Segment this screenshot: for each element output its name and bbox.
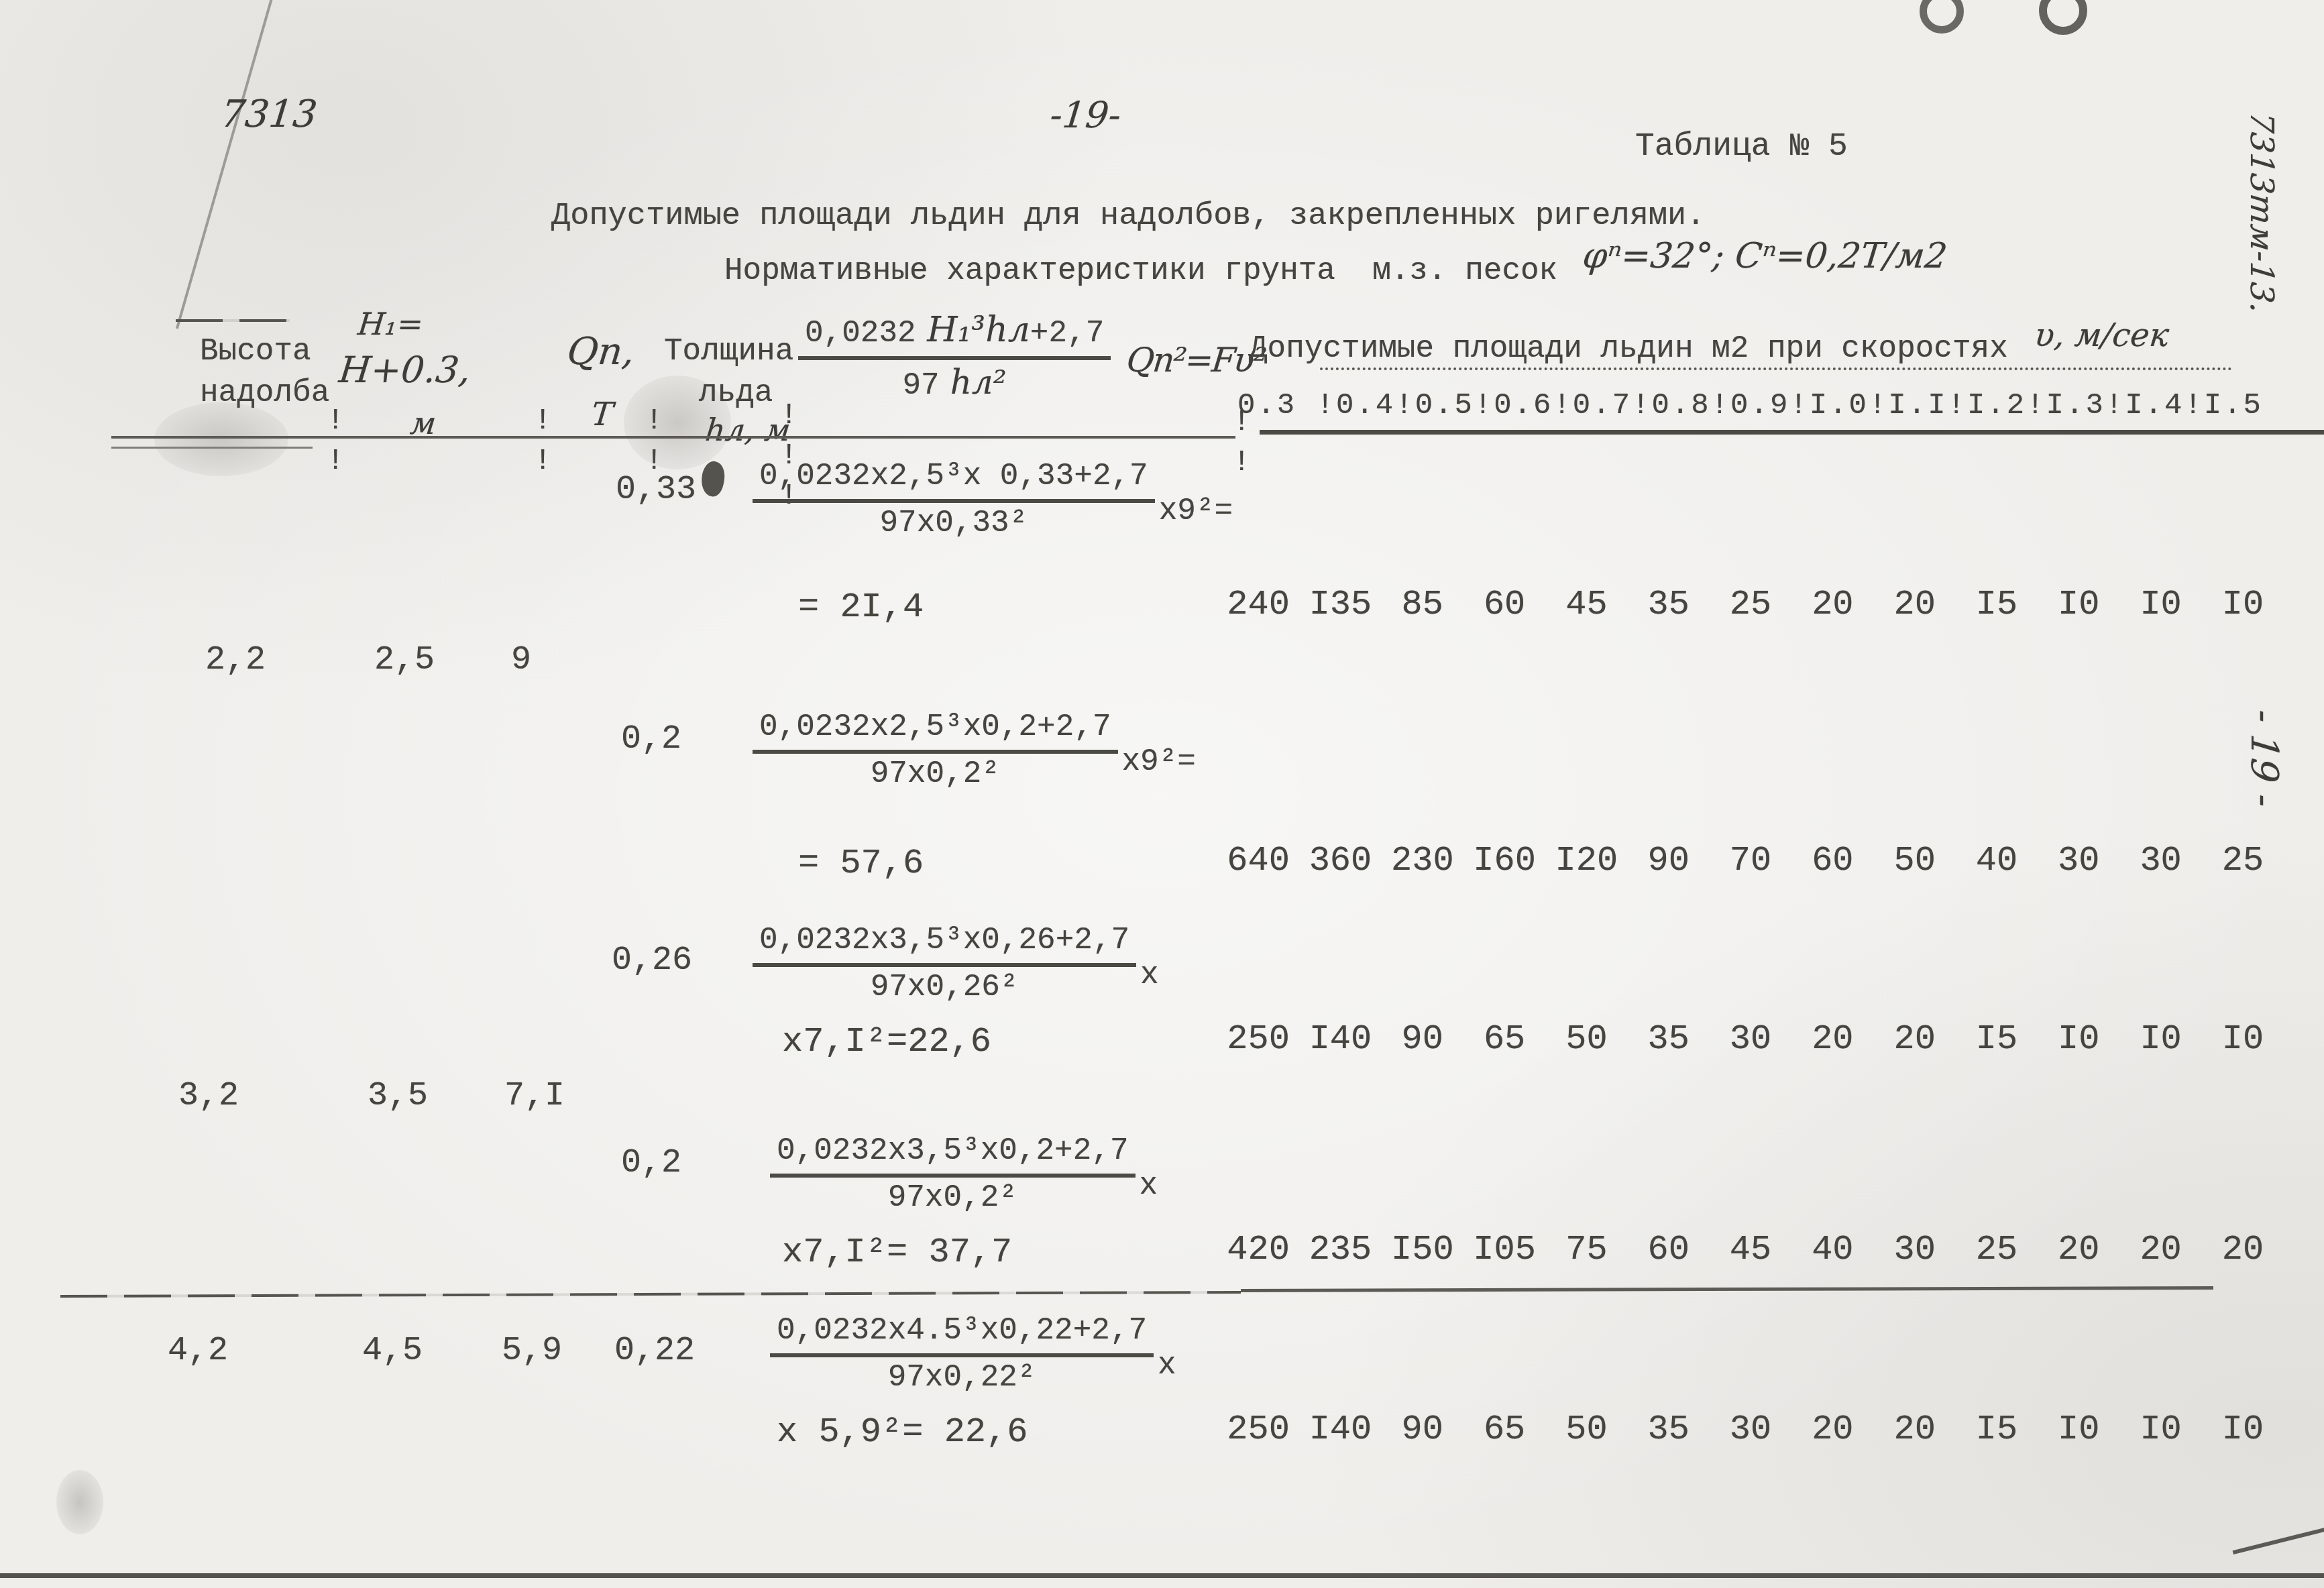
area-value: 60 — [1628, 1230, 1710, 1269]
area-value: 20 — [1791, 585, 1873, 624]
col-header-h1: H₁= — [356, 306, 425, 342]
col-header-areas: Допустимые площади льдин м2 при скоростя… — [1249, 331, 2008, 366]
area-value: 20 — [2038, 1230, 2119, 1269]
area-value: 20 — [2119, 1230, 2201, 1269]
area-value: I20 — [1545, 841, 1627, 881]
formula-denominator: 97 hл² — [798, 360, 1111, 403]
area-value: 20 — [1791, 1410, 1873, 1449]
q-value: 9 — [511, 641, 531, 679]
area-value: I05 — [1463, 1230, 1545, 1269]
header-formula-fraction: 0,0232 H₁³hл+2,7 97 hл² — [798, 310, 1111, 403]
calc-denominator: 97x0,26² — [753, 967, 1136, 1005]
area-value: I35 — [1299, 585, 1381, 624]
header-rule-left — [111, 436, 1235, 439]
col-header-areas-speed-symbol: υ, м/сек — [2033, 317, 2171, 354]
area-value: I40 — [1299, 1019, 1381, 1059]
document-subtitle: Нормативные характеристики грунта м.з. п… — [724, 253, 1557, 288]
area-value: 360 — [1299, 841, 1381, 881]
area-value: 235 — [1299, 1230, 1381, 1269]
margin-page-vertical: - 19 - — [2242, 707, 2286, 809]
areas-underline — [1320, 367, 2232, 370]
area-value: 90 — [1382, 1410, 1463, 1449]
area-value: 50 — [1545, 1019, 1627, 1059]
area-value: 90 — [1382, 1019, 1463, 1059]
header-rule-right — [1260, 430, 2324, 435]
ice-thickness-value: 0,2 — [621, 720, 681, 758]
col-header-q: Qп, — [565, 330, 637, 374]
document-title: Допустимые площади льдин для надолбов, з… — [551, 198, 1705, 234]
area-value: 250 — [1217, 1410, 1299, 1449]
area-value: 640 — [1217, 841, 1299, 881]
page-number: -19- — [1048, 94, 1123, 136]
area-value: 30 — [1874, 1230, 1956, 1269]
calc-fraction: 0,0232x4.5³x0,22+2,7 97x0,22² x — [770, 1313, 1176, 1395]
height-value: 2,2 — [205, 641, 266, 679]
area-value: 35 — [1628, 1410, 1710, 1449]
doc-number-note: 7313 — [219, 93, 319, 136]
area-value: 90 — [1628, 841, 1710, 881]
area-value: 20 — [1874, 585, 1956, 624]
area-value: 40 — [1956, 841, 2038, 881]
table-label: Таблица № 5 — [1635, 129, 1848, 165]
area-values-row: 250I4090655035302020I5I0I0I0 — [1217, 1410, 2284, 1449]
calc-suffix: x — [1140, 958, 1159, 992]
area-value: I5 — [1956, 1410, 2038, 1449]
area-value: 25 — [1956, 1230, 2038, 1269]
ink-mark — [1920, 0, 1964, 34]
area-value: 75 — [1545, 1230, 1627, 1269]
area-value: 60 — [1791, 841, 1873, 881]
col-header-thickness: льда — [699, 376, 773, 410]
scanned-document-page: 7313 -19- Таблица № 5 7313тм-13. - 19 - … — [0, 0, 2324, 1588]
col-header-height: надолба — [200, 376, 329, 410]
area-value: I0 — [2202, 1410, 2284, 1449]
area-value: 20 — [1874, 1410, 1956, 1449]
area-value: 70 — [1710, 841, 1791, 881]
calc-suffix: x — [1140, 1168, 1158, 1203]
col-header-thickness: Толщина — [664, 334, 793, 369]
calc-result: = 2I,4 — [798, 587, 924, 627]
area-value: I0 — [2038, 1410, 2119, 1449]
row-divider-right — [1241, 1286, 2213, 1292]
col-header-q: Т — [590, 396, 615, 433]
smudge — [56, 1470, 103, 1534]
margin-note-vertical: 7313тм-13. — [2243, 110, 2280, 315]
calc-fraction: 0,0232x2,5³x 0,33+2,7 97x0,33² x9²= — [753, 459, 1233, 541]
area-value: I0 — [2038, 1019, 2119, 1059]
header-rule-extra — [111, 447, 313, 449]
area-value: 250 — [1217, 1019, 1299, 1059]
area-value: 50 — [1874, 841, 1956, 881]
smudge — [154, 402, 288, 476]
area-value: I0 — [2119, 585, 2201, 624]
calc-numerator: 0,0232x2,5³x0,2+2,7 — [753, 710, 1118, 754]
calc-denominator: 97x0,33² — [753, 503, 1155, 541]
area-value: 30 — [2119, 841, 2201, 881]
area-value: I0 — [2202, 585, 2284, 624]
row-divider-dashed — [60, 1291, 1241, 1298]
h1-value: 4,5 — [362, 1332, 423, 1370]
area-value: 420 — [1217, 1230, 1299, 1269]
calc-suffix: x — [1158, 1348, 1176, 1383]
calc-numerator: 0,0232x4.5³x0,22+2,7 — [770, 1313, 1154, 1357]
area-value: 30 — [1710, 1410, 1791, 1449]
area-value: 20 — [1791, 1019, 1873, 1059]
area-value: I0 — [2202, 1019, 2284, 1059]
scan-bottom-edge — [0, 1573, 2324, 1578]
area-value: I0 — [2038, 585, 2119, 624]
ice-thickness-value: 0,26 — [612, 942, 692, 980]
height-value: 3,2 — [178, 1077, 239, 1115]
calc-result: x7,I²= 37,7 — [782, 1233, 1012, 1272]
area-value: 20 — [1874, 1019, 1956, 1059]
area-value: 60 — [1463, 585, 1545, 624]
area-value: 85 — [1382, 585, 1463, 624]
ink-mark — [2039, 0, 2087, 35]
area-value: 230 — [1382, 841, 1463, 881]
speed-scale-row: 0.3 !0.4!0.5!0.6!0.7!0.8!0.9!I.0!I.I!I.2… — [1237, 389, 2263, 422]
area-value: 45 — [1710, 1230, 1791, 1269]
area-value: 240 — [1217, 585, 1299, 624]
area-value: I0 — [2119, 1019, 2201, 1059]
area-value: I5 — [1956, 1019, 2038, 1059]
calc-result: = 57,6 — [798, 844, 924, 883]
column-separator: !! — [1233, 335, 1304, 550]
calc-suffix: x9²= — [1159, 494, 1233, 528]
col-header-h1: H+0.3, — [337, 349, 473, 391]
ice-thickness-value: 0,2 — [621, 1144, 681, 1182]
calc-denominator: 97x0,2² — [753, 754, 1118, 791]
formula-numerator: 0,0232 H₁³hл+2,7 — [798, 310, 1111, 360]
calc-fraction: 0,0232x3,5³x0,26+2,7 97x0,26² x — [753, 923, 1159, 1005]
h1-value: 3,5 — [368, 1077, 428, 1115]
calc-denominator: 97x0,2² — [770, 1178, 1136, 1215]
area-value: I60 — [1463, 841, 1545, 881]
area-value: I40 — [1299, 1410, 1381, 1449]
calc-numerator: 0,0232x3,5³x0,26+2,7 — [753, 923, 1136, 967]
area-value: 65 — [1463, 1410, 1545, 1449]
area-value: 30 — [2038, 841, 2119, 881]
soil-parameters-note: φⁿ=32°; Сⁿ=0,2Т/м2 — [1581, 236, 1949, 276]
area-values-row: 250I4090655035302020I5I0I0I0 — [1217, 1019, 2284, 1059]
header-top-dash — [176, 319, 290, 322]
area-value: I0 — [2119, 1410, 2201, 1449]
calc-result: x7,I²=22,6 — [782, 1022, 991, 1062]
calc-numerator: 0,0232x3,5³x0,2+2,7 — [770, 1133, 1136, 1178]
area-values-row: 240I3585604535252020I5I0I0I0 — [1217, 585, 2284, 624]
crease-line — [176, 0, 276, 329]
area-value: 65 — [1463, 1019, 1545, 1059]
area-value: 40 — [1791, 1230, 1873, 1269]
area-value: 45 — [1545, 585, 1627, 624]
calc-denominator: 97x0,22² — [770, 1357, 1154, 1395]
q-value: 5,9 — [502, 1332, 562, 1370]
area-value: 25 — [1710, 585, 1791, 624]
ice-thickness-value: 0,33 — [616, 471, 696, 509]
area-value: I5 — [1956, 585, 2038, 624]
area-values-row: 420235I50I05756045403025202020 — [1217, 1230, 2284, 1269]
calc-numerator: 0,0232x2,5³x 0,33+2,7 — [753, 459, 1155, 503]
q-value: 7,I — [504, 1077, 565, 1115]
area-value: I50 — [1382, 1230, 1463, 1269]
calc-suffix: x9²= — [1122, 744, 1196, 779]
ice-thickness-value: 0,22 — [614, 1332, 695, 1370]
area-value: 35 — [1628, 585, 1710, 624]
h1-value: 2,5 — [374, 641, 435, 679]
calc-fraction: 0,0232x3,5³x0,2+2,7 97x0,2² x — [770, 1133, 1158, 1215]
area-values-row: 640360230I60I209070605040303025 — [1217, 841, 2284, 881]
col-header-height: Высота — [200, 334, 311, 369]
area-value: 50 — [1545, 1410, 1627, 1449]
calc-fraction: 0,0232x2,5³x0,2+2,7 97x0,2² x9²= — [753, 710, 1196, 791]
calc-result: x 5,9²= 22,6 — [777, 1412, 1028, 1452]
col-header-thickness-symbol: hл, м — [704, 412, 792, 448]
area-value: 20 — [2202, 1230, 2284, 1269]
height-value: 4,2 — [168, 1332, 228, 1370]
area-value: 25 — [2202, 841, 2284, 881]
area-value: 35 — [1628, 1019, 1710, 1059]
area-value: 30 — [1710, 1019, 1791, 1059]
scan-corner-edge — [2233, 1520, 2324, 1554]
